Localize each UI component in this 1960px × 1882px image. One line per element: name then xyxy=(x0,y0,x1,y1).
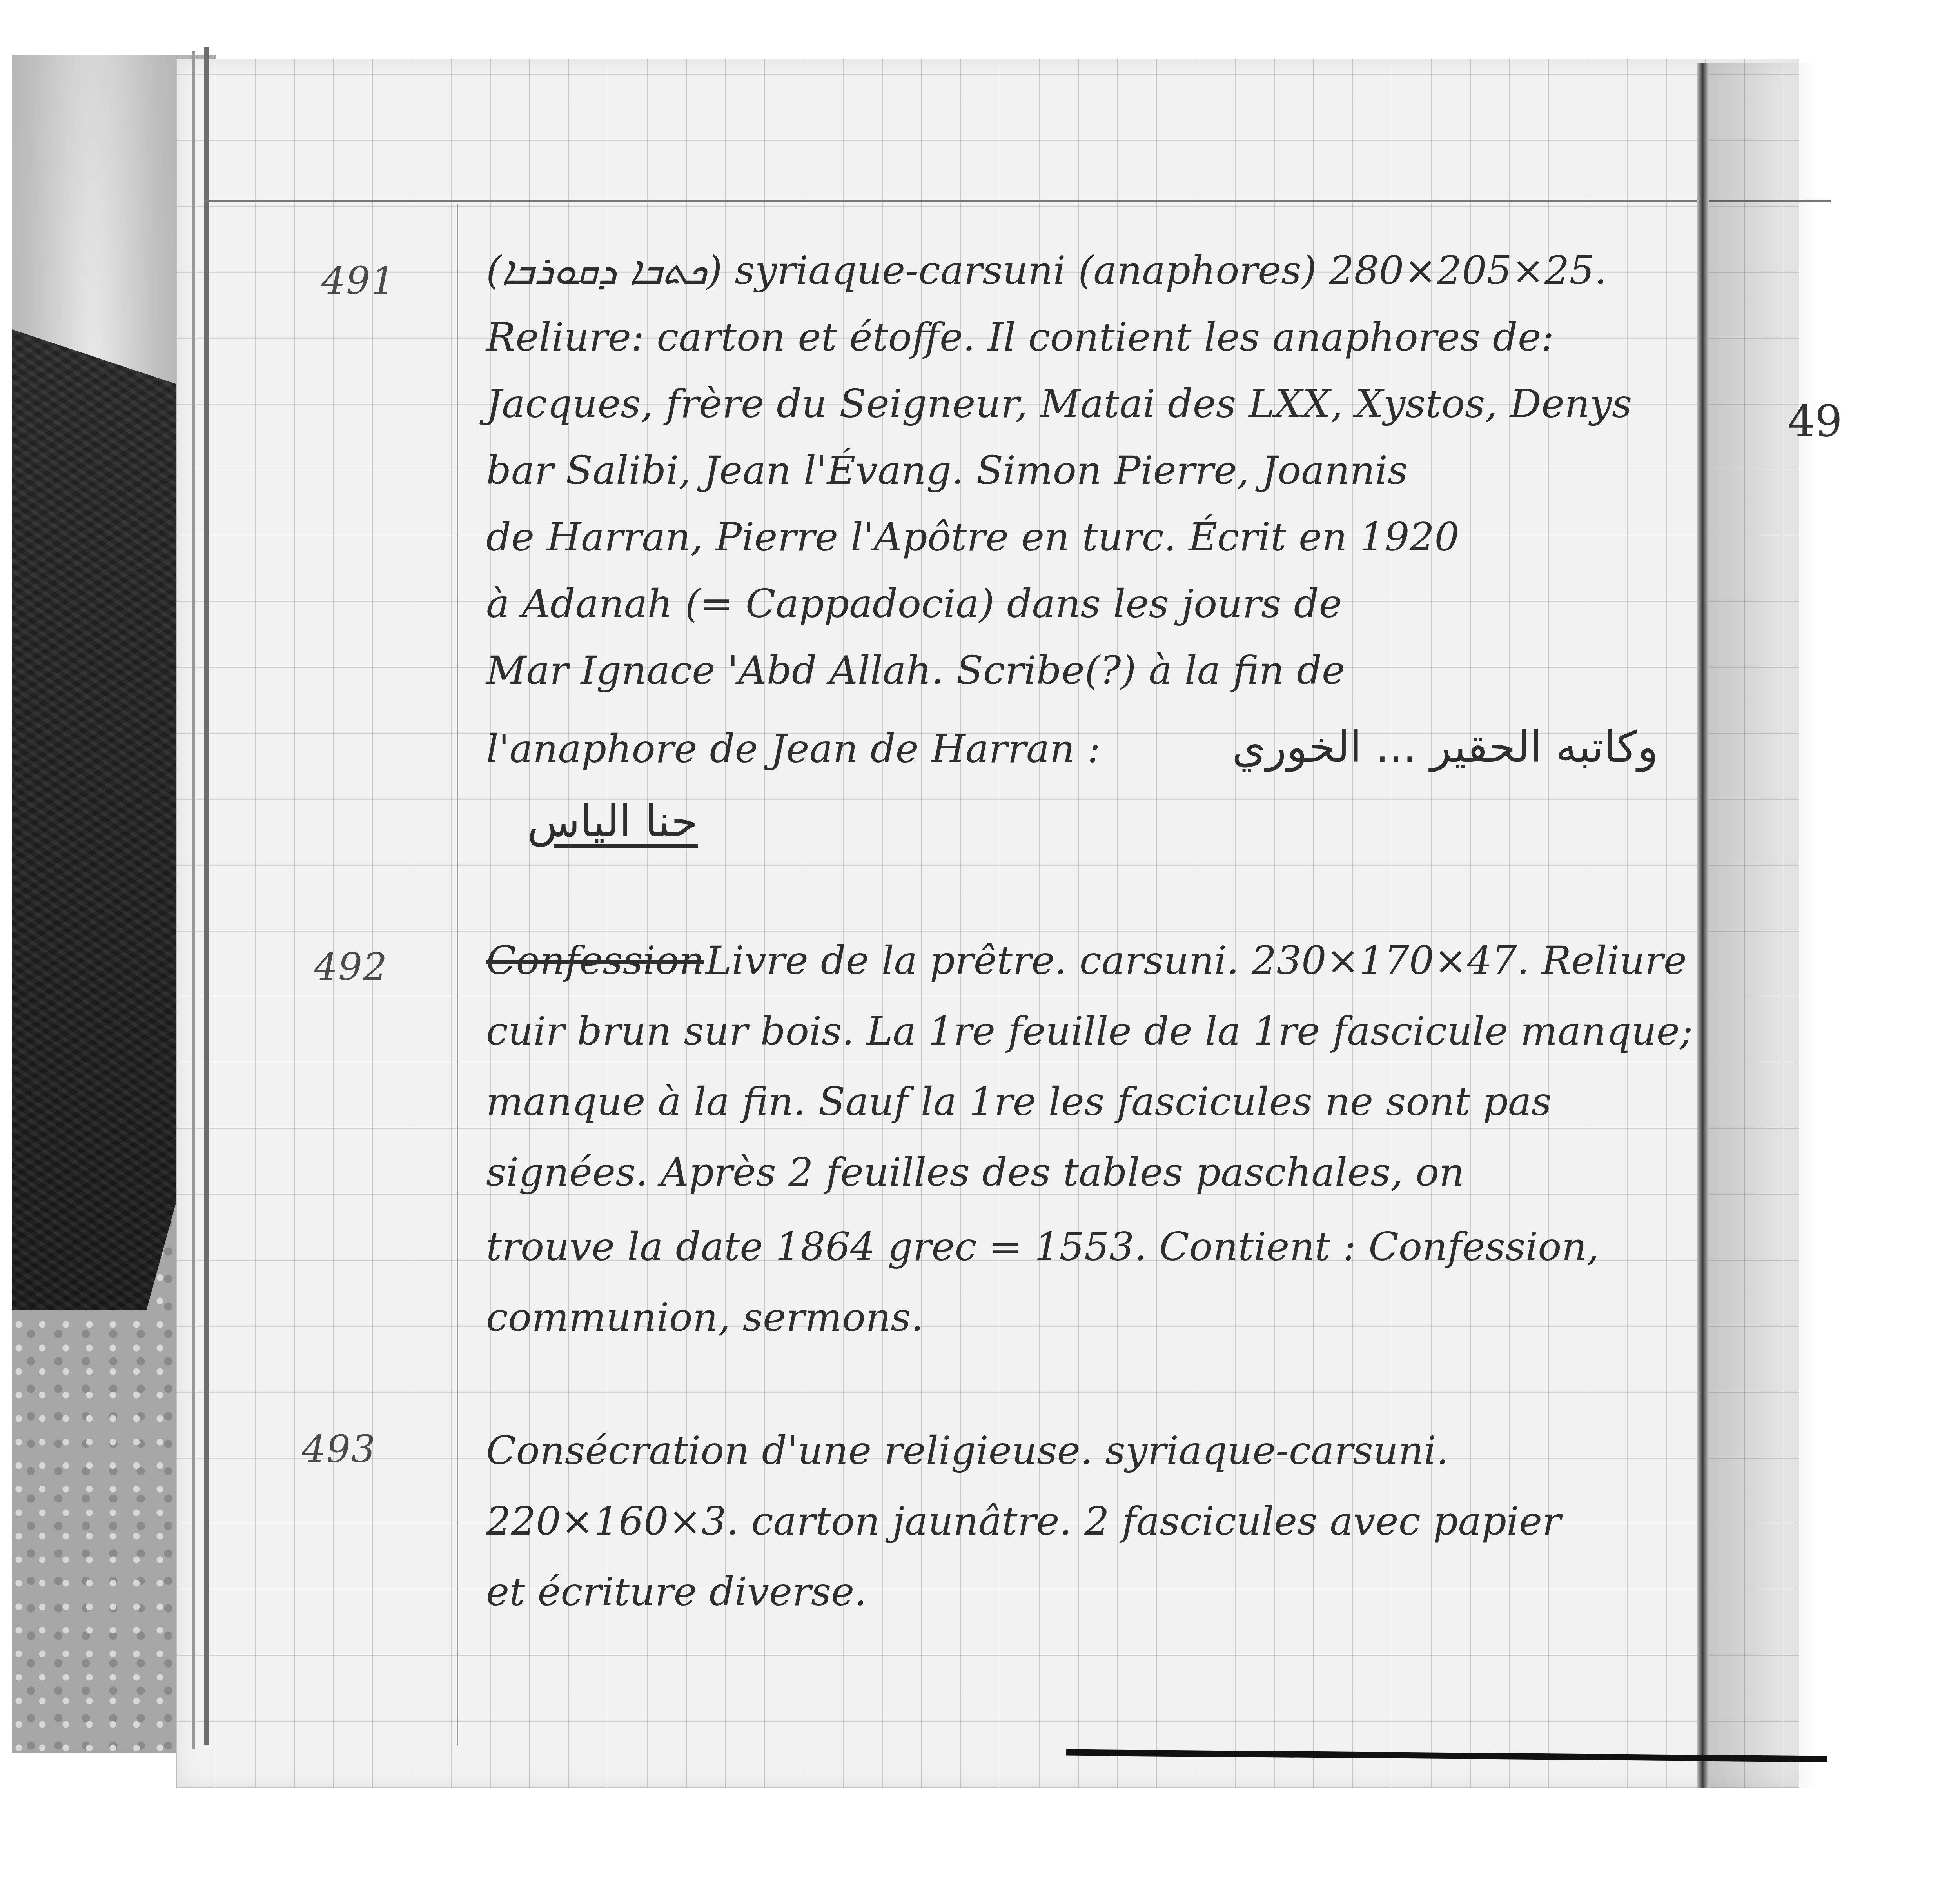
page-left-border xyxy=(192,51,195,1749)
entry-line: 220×160×3. carton jaunâtre. 2 fascicules… xyxy=(486,1502,1701,1541)
entry-line: bar Salibi, Jean l'Évang. Simon Pierre, … xyxy=(486,451,1701,490)
entry-line: Mar Ignace 'Abd Allah. Scribe(?) à la fi… xyxy=(486,651,1701,690)
arabic-colophon-name: حنا الياس xyxy=(502,800,698,843)
arabic-colophon: وكاتبه الحقير ... الخوري xyxy=(1168,725,1658,768)
entry-line: Consécration d'une religieuse. syriaque-… xyxy=(486,1431,1701,1470)
gutter-shadow xyxy=(1709,63,1819,1788)
entry-line: à Adanah (= Cappadocia) dans les jours d… xyxy=(486,584,1701,623)
entry-line: Jacques, frère du Seigneur, Matai des LX… xyxy=(486,384,1701,423)
entry-line: (ܟܬܒܐ ܕܩܘܪܒܐ) syriaque-carsuni (anaphore… xyxy=(486,251,1701,290)
page-top-rule xyxy=(204,200,1831,202)
entry-line: de Harran, Pierre l'Apôtre en turc. Écri… xyxy=(486,518,1701,557)
entry-line: Livre de la prêtre. carsuni. 230×170×47.… xyxy=(706,941,1686,980)
entry-number: 492 xyxy=(314,945,388,989)
entry-line: l'anaphore de Jean de Harran : xyxy=(486,729,1035,768)
entry-line: communion, sermons. xyxy=(486,1298,1701,1337)
page-left-rule xyxy=(204,47,209,1745)
entry-line: signées. Après 2 feuilles des tables pas… xyxy=(486,1153,1701,1192)
number-column-rule xyxy=(457,204,458,1745)
entry-line: trouve la date 1864 grec = 1553. Contien… xyxy=(486,1227,1701,1266)
entry-number: 493 xyxy=(302,1427,376,1471)
entry-line: et écriture diverse. xyxy=(486,1572,1701,1611)
struck-word: Confession xyxy=(486,941,721,980)
entry-line: manque à la fin. Sauf la 1re les fascicu… xyxy=(486,1082,1701,1121)
photo-background: 49 491 (ܟܬܒܐ ܕܩܘܪܒܐ) syriaque-carsuni (a… xyxy=(0,0,1960,1882)
entry-number: 491 xyxy=(321,259,396,303)
facing-page-number: 49 xyxy=(1788,396,1842,446)
struck-text: Confession xyxy=(486,937,704,983)
entry-line: Reliure: carton et étoffe. Il contient l… xyxy=(486,318,1701,357)
entry-line: cuir brun sur bois. La 1re feuille de la… xyxy=(486,1012,1701,1051)
